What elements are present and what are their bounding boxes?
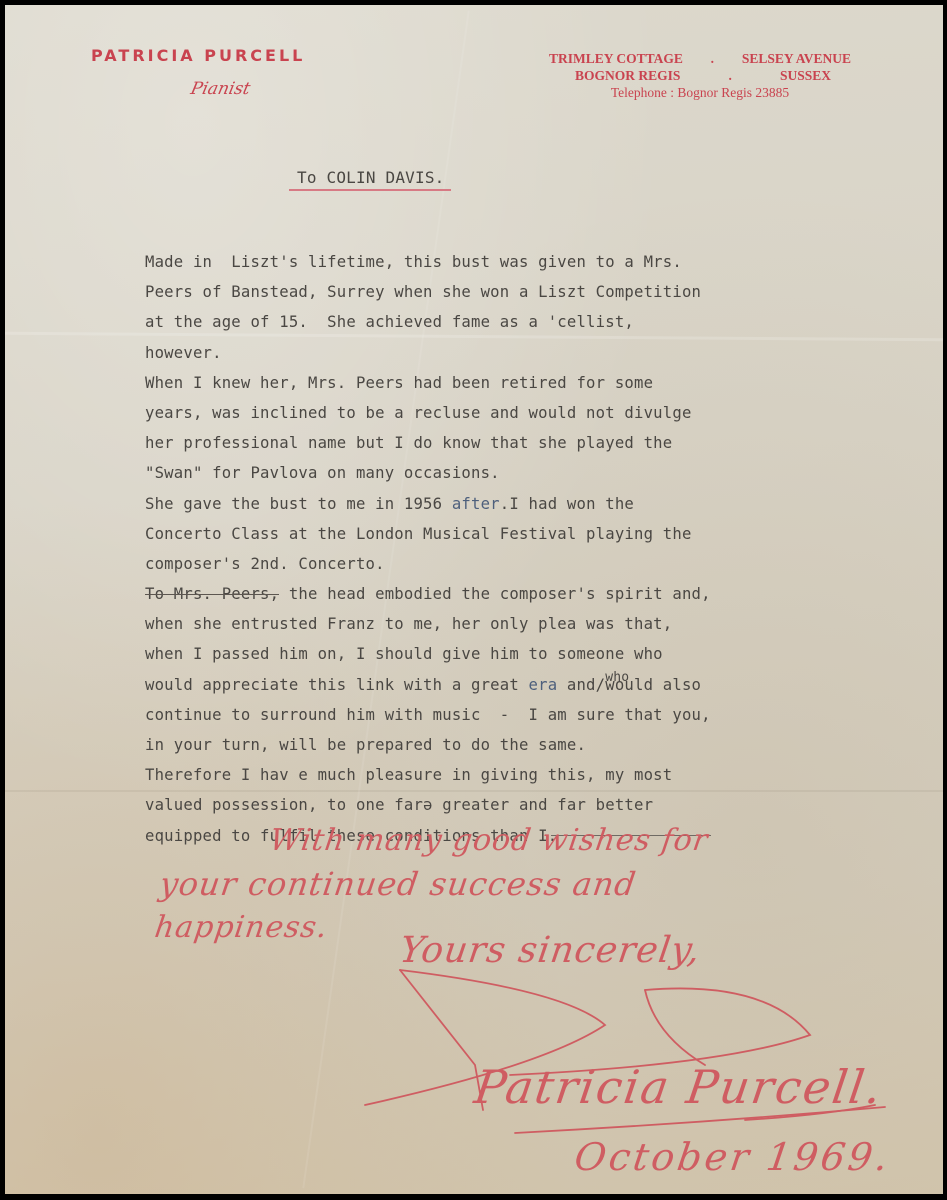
signature-flourish [5, 5, 943, 1194]
letter-page: PATRICIA PURCELL Pianist TRIMLEY COTTAGE… [5, 5, 943, 1194]
